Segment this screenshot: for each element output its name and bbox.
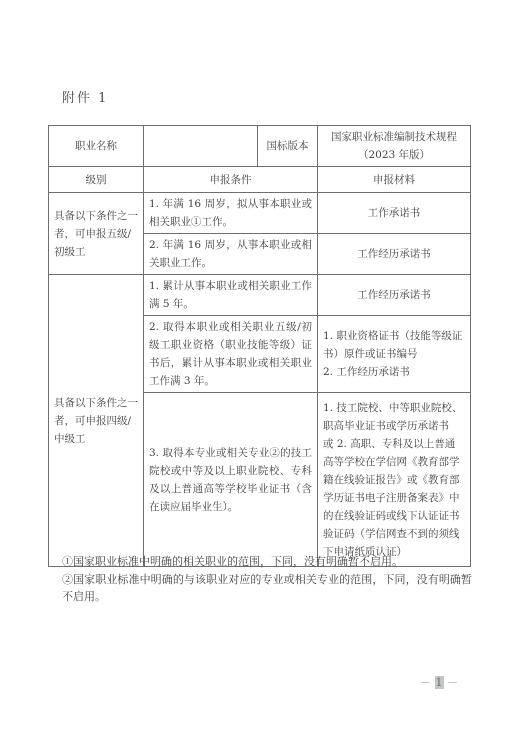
condition-cell: 1. 年满 16 周岁，拟从事本职业或相关职业①工作。 xyxy=(144,193,318,234)
occupation-name-value-cell[interactable] xyxy=(144,126,258,167)
page-number-suffix: － xyxy=(444,676,459,689)
level-group-intermediate-cell: 具备以下条件之一者，可申报四级/中级工 xyxy=(49,275,144,567)
level-group-junior-cell: 具备以下条件之一者，可申报五级/初级工 xyxy=(49,193,144,275)
table-row: 具备以下条件之一者，可申报五级/初级工 1. 年满 16 周岁，拟从事本职业或相… xyxy=(49,193,471,234)
footnotes-block: ①国家职业标准中明确的相关职业的范围，下同，没有明确暂不启用。 ②国家职业标准中… xyxy=(62,553,472,606)
application-conditions-table: 职业名称 国标版本 国家职业标准编制技术规程（2023 年版） 级别 申报条件 … xyxy=(48,125,471,567)
document-page: 附件 1 职业名称 国标版本 国家职业标准编制技术规程（2023 年版） 级别 … xyxy=(0,0,517,731)
table-row: 级别 申报条件 申报材料 xyxy=(49,167,471,193)
gb-version-value-cell: 国家职业标准编制技术规程（2023 年版） xyxy=(318,126,471,167)
condition-cell: 2. 年满 16 周岁，从事本职业或相关职业工作。 xyxy=(144,234,318,275)
footnote-2: ②国家职业标准中明确的与该职业对应的专业或相关专业的范围，下同，没有明确暂不启用… xyxy=(62,571,472,606)
materials-cell: 1. 职业资格证书（技能等级证书）原件或证书编号 2. 工作经历承诺书 xyxy=(318,316,471,393)
level-header-cell: 级别 xyxy=(49,167,144,193)
occupation-name-label-cell: 职业名称 xyxy=(49,126,144,167)
footnote-1: ①国家职业标准中明确的相关职业的范围，下同，没有明确暂不启用。 xyxy=(62,553,472,571)
materials-cell: 工作经历承诺书 xyxy=(318,275,471,316)
condition-cell: 2. 取得本职业或相关职业五级/初级工职业资格（职业技能等级）证书后，累计从事本… xyxy=(144,316,318,393)
materials-cell: 工作承诺书 xyxy=(318,193,471,234)
page-number: － 1 － xyxy=(420,674,458,690)
materials-cell: 1. 技工院校、中等职业院校、职高毕业证书或学历承诺书 或 2. 高职、专科及以… xyxy=(318,393,471,567)
materials-header-cell: 申报材料 xyxy=(318,167,471,193)
page-number-prefix: － xyxy=(420,676,435,689)
page-number-field: 1 xyxy=(435,676,444,689)
materials-cell: 工作经历承诺书 xyxy=(318,234,471,275)
attachment-heading: 附件 1 xyxy=(62,87,108,106)
condition-cell: 3. 取得本专业或相关专业②的技工院校或中等及以上职业院校、专科及以上普通高等学… xyxy=(144,393,318,567)
table-row: 具备以下条件之一者，可申报四级/中级工 1. 累计从事本职业或相关职业工作满 5… xyxy=(49,275,471,316)
condition-cell: 1. 累计从事本职业或相关职业工作满 5 年。 xyxy=(144,275,318,316)
conditions-header-cell: 申报条件 xyxy=(144,167,318,193)
table-row: 职业名称 国标版本 国家职业标准编制技术规程（2023 年版） xyxy=(49,126,471,167)
gb-version-label-cell: 国标版本 xyxy=(258,126,318,167)
